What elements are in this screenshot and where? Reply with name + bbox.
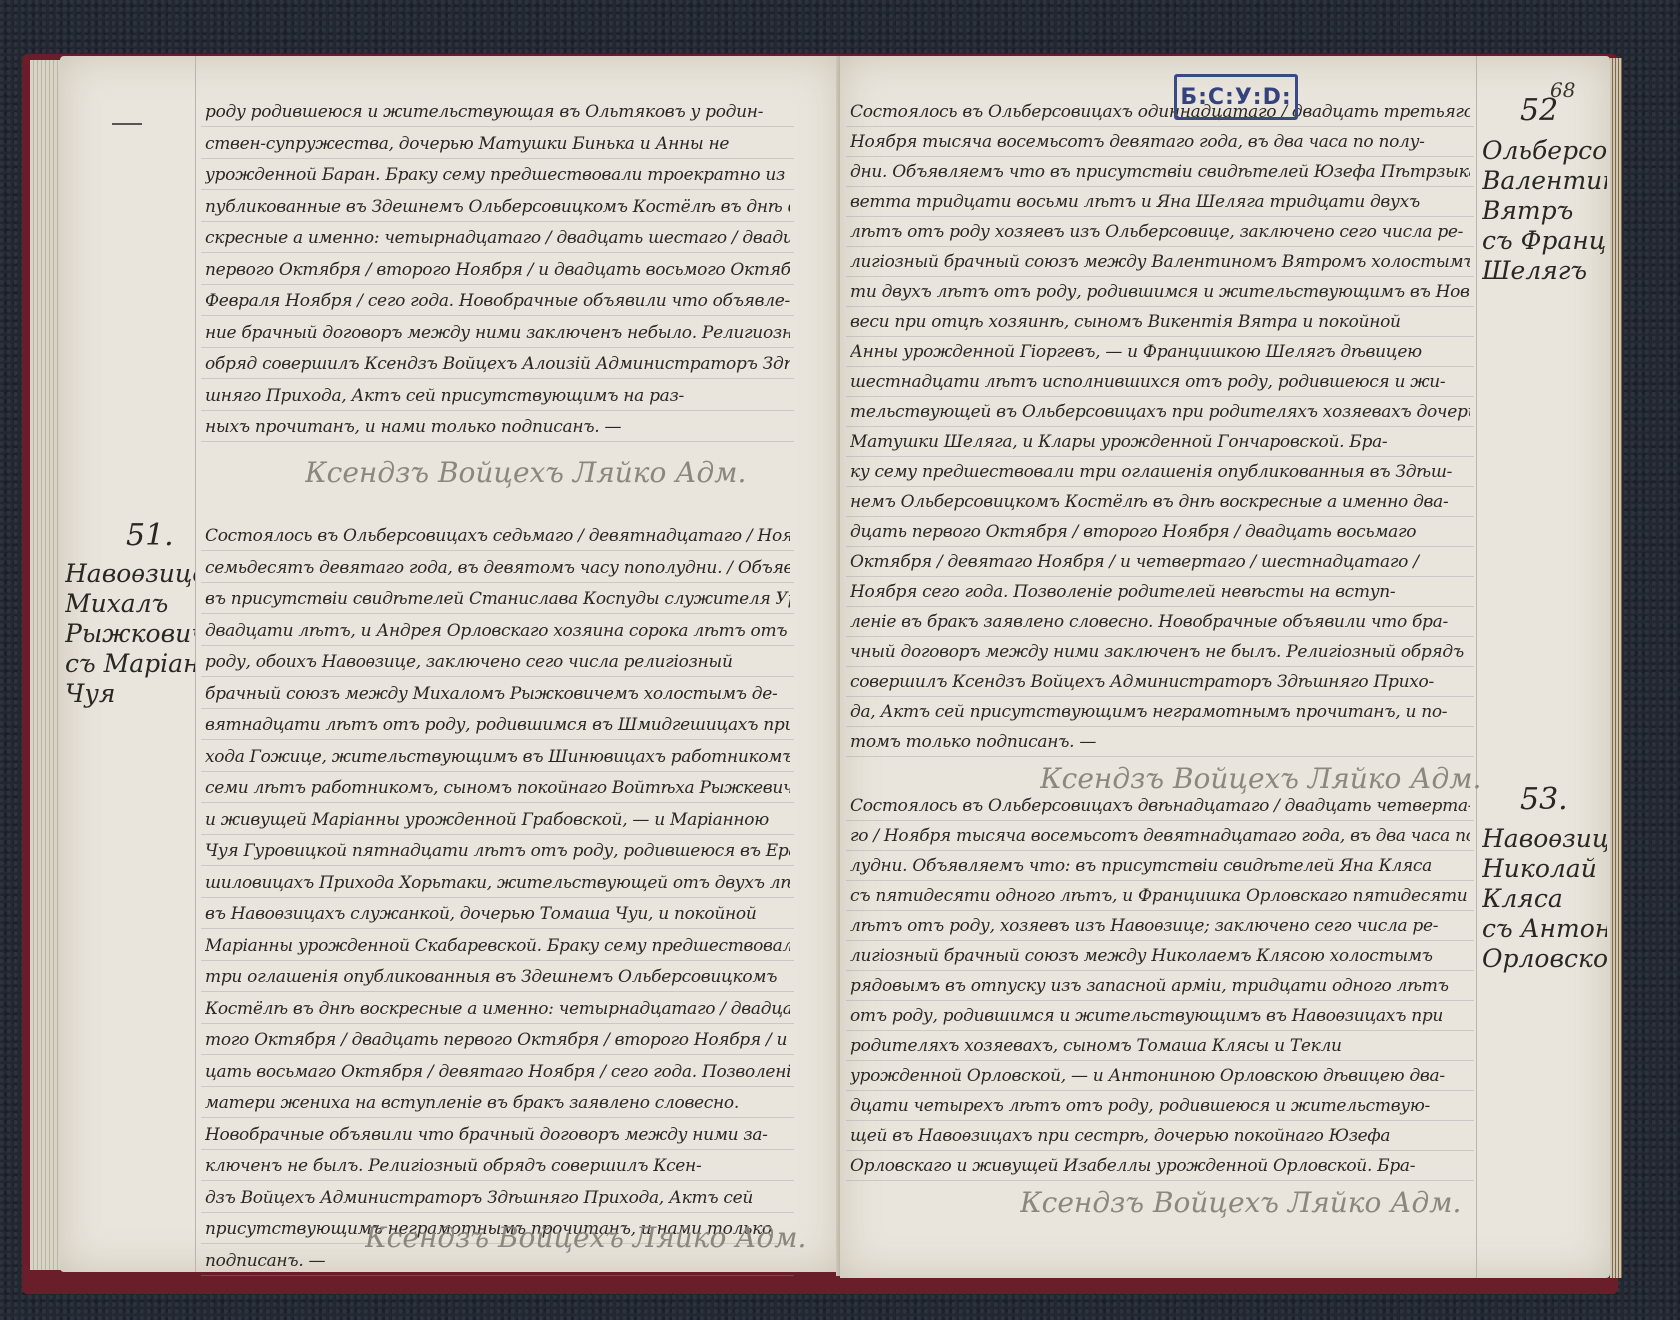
- handwritten-line: шиловицахъ Прихода Хорьтаки, жительствую…: [205, 873, 790, 893]
- ruled-line: [201, 645, 794, 646]
- handwritten-line: ныхъ прочитанъ, и нами только подписанъ.…: [205, 417, 790, 437]
- ruled-line: [201, 550, 794, 551]
- entry-51-signature: Ксендзъ Войцехъ Ляйко Адм.: [365, 1221, 806, 1254]
- handwritten-line: семьдесятъ девятаго года, въ девятомъ ча…: [205, 558, 790, 578]
- margin-name-line: съ Маріанною: [65, 649, 195, 678]
- ruled-line: [201, 284, 794, 285]
- ruled-line: [201, 315, 794, 316]
- handwritten-line: родителяхъ хозяевахъ, сыномъ Томаша Кляс…: [850, 1036, 1470, 1056]
- handwritten-line: Чуя Гуровицкой пятнадцати лѣтъ отъ роду,…: [205, 841, 790, 861]
- handwritten-line: двадцати лѣтъ, и Андрея Орловскаго хозяи…: [205, 621, 790, 641]
- ruled-line: [846, 696, 1474, 697]
- handwritten-line: лѣтъ отъ роду, хозяевъ изъ Навоѳзице; за…: [850, 916, 1470, 936]
- handwritten-line: Маріанны урожденной Скабаревской. Браку …: [205, 936, 790, 956]
- handwritten-line: ние брачный договоръ между ними заключен…: [205, 323, 790, 343]
- ruled-line: [846, 606, 1474, 607]
- handwritten-line: тельствующей въ Ольберсовицахъ при родит…: [850, 402, 1470, 422]
- ruled-line: [201, 613, 794, 614]
- handwritten-line: лудни. Объявляемъ что: въ присутствіи св…: [850, 856, 1470, 876]
- handwritten-line: лигіозный брачный союзъ между Николаемъ …: [850, 946, 1470, 966]
- margin-name-line: Вятръ: [1482, 196, 1607, 225]
- margin-name-line: съ Антониною: [1482, 914, 1607, 943]
- ruled-line: [201, 189, 794, 190]
- handwritten-line: ку сему предшествовали три оглашенія опу…: [850, 462, 1470, 482]
- handwritten-line: Состоялось въ Ольберсовицахъ седьмаго / …: [205, 526, 790, 546]
- ruled-line: [846, 1060, 1474, 1061]
- ruled-line: [201, 1212, 794, 1213]
- handwritten-line: ключенъ не былъ. Религіозный обрядъ сове…: [205, 1156, 790, 1176]
- margin-name-line: Ольберсовице: [1482, 136, 1607, 165]
- ruled-line: [846, 426, 1474, 427]
- handwritten-line: ти двухъ лѣтъ отъ роду, родившимся и жит…: [850, 282, 1470, 302]
- ruled-line: [846, 970, 1474, 971]
- margin-name-line: Навоѳзице: [1482, 824, 1607, 853]
- handwritten-line: роду родившеюся и жительствующая въ Ольт…: [205, 102, 790, 122]
- archive-stamp: Б:С:У:D:: [1174, 74, 1298, 120]
- handwritten-line: урожденной Баран. Браку сему предшествов…: [205, 165, 790, 185]
- ruled-line: [846, 1120, 1474, 1121]
- handwritten-line: Костёлѣ въ днѣ воскресные а именно: четы…: [205, 999, 790, 1019]
- handwritten-line: ствен-супружества, дочерью Матушки Биньк…: [205, 134, 790, 154]
- handwritten-line: совершилъ Ксендзъ Войцехъ Администраторъ…: [850, 672, 1470, 692]
- handwritten-line: въ присутствіи свидѣтелей Станислава Кос…: [205, 589, 790, 609]
- ruled-line: [846, 820, 1474, 821]
- ruled-line: [846, 396, 1474, 397]
- handwritten-line: рядовымъ въ отпуску изъ запасной арміи, …: [850, 976, 1470, 996]
- handwritten-line: чный договоръ между ними заключенъ не бы…: [850, 642, 1470, 662]
- ruled-line: [201, 897, 794, 898]
- top-dash: [112, 123, 142, 125]
- margin-name-line: Рыжковичъ: [65, 619, 195, 648]
- handwritten-line: цать восьмаго Октября / девятаго Ноября …: [205, 1062, 790, 1082]
- ruled-line: [846, 1090, 1474, 1091]
- ruled-line: [201, 1054, 794, 1055]
- ruled-line: [201, 1023, 794, 1024]
- ruled-line: [201, 708, 794, 709]
- ruled-line: [201, 126, 794, 127]
- handwritten-line: въ Навоѳзицахъ служанкой, дочерью Томаша…: [205, 904, 790, 924]
- ruled-line: [201, 928, 794, 929]
- left-margin-rule: [195, 56, 196, 1272]
- handwritten-line: три оглашенія опубликованныя въ Здешнемъ…: [205, 967, 790, 987]
- ruled-line: [201, 347, 794, 348]
- margin-name-line: Михалъ: [65, 589, 195, 618]
- handwritten-line: и живущей Маріанны урожденной Грабовской…: [205, 810, 790, 830]
- handwritten-line: урожденной Орловской, — и Антониною Орло…: [850, 1066, 1470, 1086]
- handwritten-line: скресные а именно: четырнадцатаго / двад…: [205, 228, 790, 248]
- handwritten-line: отъ роду, родившимся и жительствующимъ в…: [850, 1006, 1470, 1026]
- handwritten-line: Состоялось въ Ольберсовицахъ двѣнадцатаг…: [850, 796, 1470, 816]
- ruled-line: [201, 771, 794, 772]
- signature-1: Ксендзъ Войцехъ Ляйко Адм.: [305, 456, 746, 489]
- handwritten-line: веси при отцѣ хозяинѣ, сыномъ Викентія В…: [850, 312, 1470, 332]
- ruled-line: [201, 834, 794, 835]
- ruled-line: [846, 726, 1474, 727]
- handwritten-line: вятнадцати лѣтъ отъ роду, родившимся въ …: [205, 715, 790, 735]
- entry-52-signature: Ксендзъ Войцехъ Ляйко Адм.: [1040, 762, 1481, 795]
- handwritten-line: Орловскаго и живущей Изабеллы урожденной…: [850, 1156, 1470, 1176]
- right-margin-rule: [1476, 56, 1477, 1278]
- handwritten-line: Состоялось въ Ольберсовицахъ одиннадцата…: [850, 102, 1470, 122]
- ruled-line: [846, 456, 1474, 457]
- ruled-line: [846, 636, 1474, 637]
- ruled-line: [846, 1180, 1474, 1181]
- handwritten-line: брачный союзъ между Михаломъ Рыжковичемъ…: [205, 684, 790, 704]
- entry-51-number: 51.: [126, 518, 174, 553]
- ruled-line: [201, 1180, 794, 1181]
- handwritten-line: публикованные въ Здешнемъ Ольберсовицком…: [205, 197, 790, 217]
- handwritten-line: съ пятидесяти одного лѣтъ, и Францишка О…: [850, 886, 1470, 906]
- ruled-line: [201, 378, 794, 379]
- ruled-line: [201, 410, 794, 411]
- ruled-line: [846, 336, 1474, 337]
- handwritten-line: матери жениха на вступленіе въ бракъ зая…: [205, 1093, 790, 1113]
- ruled-line: [846, 666, 1474, 667]
- ruled-line: [201, 1149, 794, 1150]
- ruled-line: [201, 1275, 794, 1276]
- handwritten-line: обряд совершилъ Ксендзъ Войцехъ Алоизій …: [205, 354, 790, 374]
- handwritten-line: дцати четырехъ лѣтъ отъ роду, родившеюся…: [850, 1096, 1470, 1116]
- ruled-line: [201, 221, 794, 222]
- handwritten-line: лѣтъ отъ роду хозяевъ изъ Ольберсовице, …: [850, 222, 1470, 242]
- ruled-line: [846, 910, 1474, 911]
- handwritten-line: семи лѣтъ работникомъ, сыномъ покойнаго …: [205, 778, 790, 798]
- ruled-line: [846, 126, 1474, 127]
- margin-name-line: Орловскою: [1482, 944, 1607, 973]
- margin-name-line: Валентинъ: [1482, 166, 1607, 195]
- ruled-line: [201, 739, 794, 740]
- ruled-line: [846, 940, 1474, 941]
- handwritten-line: томъ только подписанъ. —: [850, 732, 1470, 752]
- ruled-line: [201, 1086, 794, 1087]
- handwritten-line: ветта тридцати восьми лѣтъ и Яна Шелягa …: [850, 192, 1470, 212]
- ruled-line: [846, 546, 1474, 547]
- ruled-line: [201, 865, 794, 866]
- ruled-line: [201, 991, 794, 992]
- ruled-line: [846, 880, 1474, 881]
- handwritten-line: Ноября сего года. Позволеніе родителей н…: [850, 582, 1470, 602]
- handwritten-line: лигіозный брачный союзъ между Валентином…: [850, 252, 1470, 272]
- ruled-line: [846, 850, 1474, 851]
- handwritten-line: Анны урожденной Гіоргевъ, — и Францишкою…: [850, 342, 1470, 362]
- ruled-line: [201, 158, 794, 159]
- handwritten-line: немъ Ольберсовицкомъ Костёлѣ въ днѣ воск…: [850, 492, 1470, 512]
- handwritten-line: дцать первого Октября / второго Ноября /…: [850, 522, 1470, 542]
- entry-53-signature: Ксендзъ Войцехъ Ляйко Адм.: [1020, 1186, 1461, 1219]
- ruled-line: [846, 276, 1474, 277]
- ruled-line: [201, 1117, 794, 1118]
- ruled-line: [846, 576, 1474, 577]
- ruled-line: [846, 306, 1474, 307]
- ruled-line: [846, 156, 1474, 157]
- handwritten-line: Новобрачные объявили что брачный договор…: [205, 1125, 790, 1145]
- handwritten-line: да, Актъ сей присутствующимъ неграмотным…: [850, 702, 1470, 722]
- ruled-line: [846, 1030, 1474, 1031]
- ruled-line: [201, 582, 794, 583]
- margin-name-line: Чуя: [65, 679, 195, 708]
- left-page: роду родившеюся и жительствующая въ Ольт…: [60, 56, 840, 1272]
- handwritten-line: Октября / девятаго Ноября / и четвертаго…: [850, 552, 1470, 572]
- margin-name-line: Шелягъ: [1482, 256, 1607, 285]
- handwritten-line: го / Ноября тысяча восемьсотъ девятнадца…: [850, 826, 1470, 846]
- handwritten-line: хода Гожице, жительствующимъ въ Шинювица…: [205, 747, 790, 767]
- handwritten-line: роду, обоихъ Навоѳзице, заключено сего ч…: [205, 652, 790, 672]
- ruled-line: [846, 1150, 1474, 1151]
- handwritten-line: дни. Объявляемъ что въ присутствіи свидѣ…: [850, 162, 1470, 182]
- ruled-line: [846, 1000, 1474, 1001]
- ruled-line: [846, 486, 1474, 487]
- ruled-line: [846, 216, 1474, 217]
- margin-name-line: Николай: [1482, 854, 1607, 883]
- ruled-line: [846, 516, 1474, 517]
- handwritten-line: шестнадцати лѣтъ исполнившихся отъ роду,…: [850, 372, 1470, 392]
- handwritten-line: того Октября / двадцать первого Октября …: [205, 1030, 790, 1050]
- handwritten-line: шняго Прихода, Актъ сей присутствующимъ …: [205, 386, 790, 406]
- handwritten-line: Матушки Шеляга, и Клары урожденной Гонча…: [850, 432, 1470, 452]
- right-page: Состоялось въ Ольберсовицахъ одиннадцата…: [840, 56, 1610, 1278]
- handwritten-line: Ноября тысяча восемьсотъ девятаго года, …: [850, 132, 1470, 152]
- margin-name-line: Навоѳзице: [65, 559, 195, 588]
- ruled-line: [201, 802, 794, 803]
- handwritten-line: дзъ Войцехъ Администраторъ Здѣшняго Прих…: [205, 1188, 790, 1208]
- ruled-line: [201, 676, 794, 677]
- right-page-edges: [1610, 58, 1622, 1278]
- ruled-line: [201, 252, 794, 253]
- ruled-line: [201, 441, 794, 442]
- ruled-line: [846, 366, 1474, 367]
- ruled-line: [846, 246, 1474, 247]
- ruled-line: [846, 756, 1474, 757]
- ruled-line: [201, 960, 794, 961]
- handwritten-line: первого Октября / второго Ноября / и два…: [205, 260, 790, 280]
- entry-53-number: 53.: [1520, 782, 1568, 817]
- handwritten-line: леніе въ бракъ заявлено словесно. Новобр…: [850, 612, 1470, 632]
- ruled-line: [846, 186, 1474, 187]
- page-number: 68: [1550, 78, 1575, 102]
- handwritten-line: щей въ Навоѳзицахъ при сестрѣ, дочерью п…: [850, 1126, 1470, 1146]
- margin-name-line: Кляса: [1482, 884, 1607, 913]
- handwritten-line: Февраля Ноября / сего года. Новобрачные …: [205, 291, 790, 311]
- margin-name-line: съ Францишкою: [1482, 226, 1607, 255]
